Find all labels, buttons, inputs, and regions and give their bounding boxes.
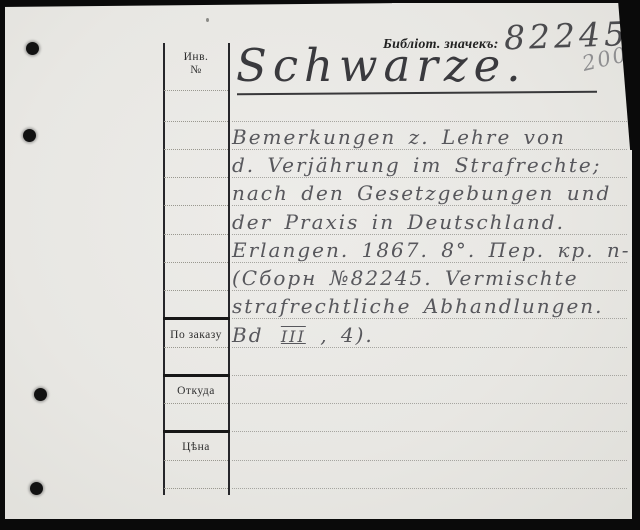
form-dotted-rule bbox=[164, 234, 228, 235]
author-heading: Schwarze. bbox=[236, 40, 527, 92]
form-section-rule bbox=[163, 317, 230, 320]
ruled-line bbox=[232, 375, 627, 376]
form-dotted-rule bbox=[164, 460, 228, 461]
ruled-line bbox=[232, 403, 627, 404]
form-dotted-rule bbox=[164, 262, 228, 263]
punch-hole bbox=[23, 129, 36, 142]
ruled-line bbox=[232, 488, 627, 489]
form-dotted-rule bbox=[164, 90, 228, 91]
punch-hole bbox=[34, 388, 47, 401]
volume-prefix: Bd bbox=[232, 323, 264, 347]
form-dotted-rule bbox=[164, 177, 228, 178]
entry-line: strafrechtliche Abhandlungen. bbox=[232, 293, 604, 319]
form-dotted-rule bbox=[164, 403, 228, 404]
entry-line: Bemerkungen z. Lehre von bbox=[232, 124, 566, 150]
form-dotted-rule bbox=[164, 205, 228, 206]
scan-border-top-right-wedge bbox=[618, 0, 640, 150]
entry-line: nach den Gesetzgebungen und bbox=[232, 180, 611, 206]
entry-line: (Сборн №82245. Vermischte bbox=[232, 265, 579, 291]
entry-line: der Praxis in Deutschland. bbox=[232, 209, 565, 235]
ruled-line bbox=[232, 431, 627, 432]
price-label: Цѣна bbox=[164, 441, 228, 454]
punch-hole bbox=[30, 482, 43, 495]
entry-line: d. Verjährung im Strafrechte; bbox=[232, 152, 601, 178]
order-label: По заказу bbox=[164, 329, 228, 342]
form-dotted-rule bbox=[164, 290, 228, 291]
ruled-line bbox=[232, 121, 627, 122]
catalog-card-scan: Инв. № По заказу Откуда Цѣна Библіот. зн… bbox=[0, 0, 640, 530]
inventory-label-line2: № bbox=[164, 64, 228, 77]
scan-border-left bbox=[0, 0, 5, 530]
inventory-label-line1: Инв. bbox=[164, 51, 228, 64]
form-dotted-rule bbox=[164, 121, 228, 122]
origin-label: Откуда bbox=[164, 385, 228, 398]
ruled-line bbox=[232, 460, 627, 461]
form-dotted-rule bbox=[164, 488, 228, 489]
entry-line: Erlangen. 1867. 8°. Пер. кр. п-кал. bbox=[232, 237, 640, 263]
scan-border-bottom bbox=[0, 519, 640, 530]
form-column-left-rule bbox=[163, 43, 165, 495]
form-dotted-rule bbox=[164, 347, 228, 348]
volume-line: Bd III , 4). bbox=[232, 322, 374, 350]
punch-hole bbox=[26, 42, 39, 55]
form-section-rule bbox=[163, 374, 230, 377]
inventory-number-label: Инв. № bbox=[164, 51, 228, 77]
scan-border-top-thick bbox=[0, 0, 392, 7]
form-dotted-rule bbox=[164, 149, 228, 150]
volume-roman-numeral: III bbox=[281, 327, 306, 346]
paper-speck bbox=[206, 18, 209, 22]
form-column-right-rule bbox=[228, 43, 230, 495]
form-section-rule bbox=[163, 430, 230, 433]
volume-suffix: , 4). bbox=[320, 323, 374, 347]
